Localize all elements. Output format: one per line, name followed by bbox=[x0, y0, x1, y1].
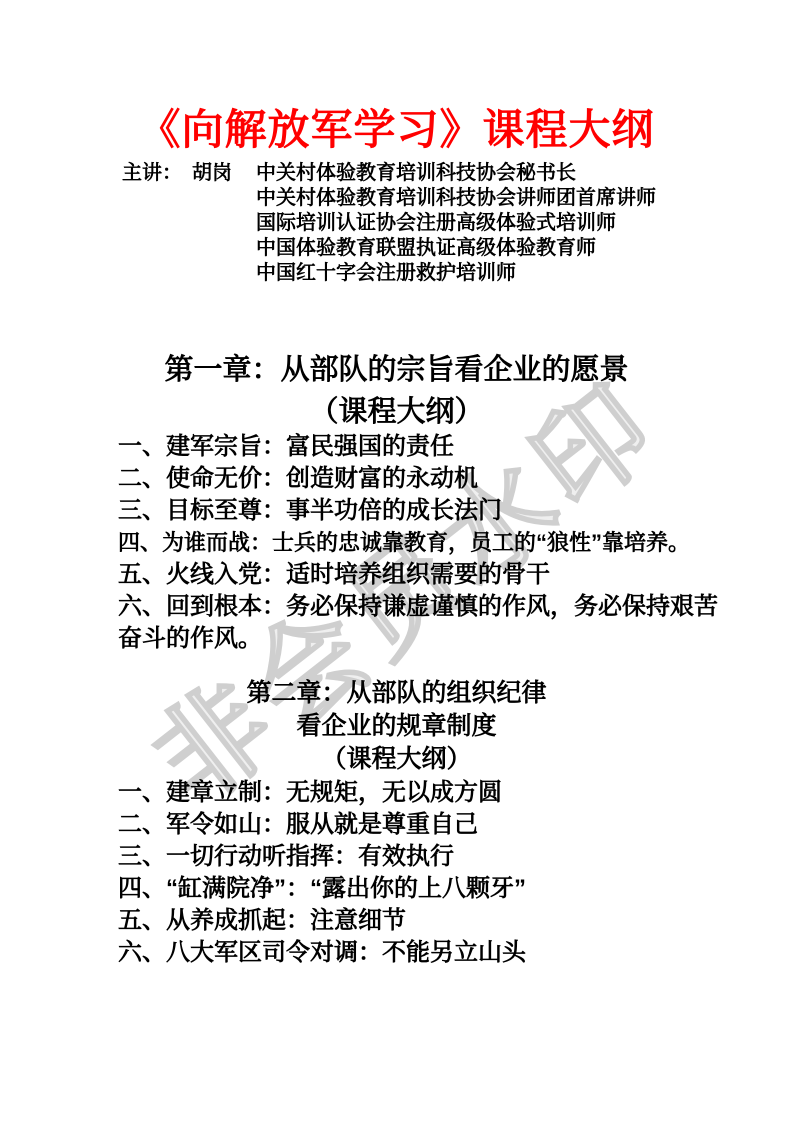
lecturer-label: 主讲： bbox=[122, 161, 182, 186]
chapter1-heading: 第一章：从部队的宗旨看企业的愿景 （课程大纲） bbox=[0, 349, 793, 433]
chapter2-heading-line: 第二章：从部队的组织纪律 bbox=[0, 677, 793, 710]
lecturer-head: 主讲： 胡岗 bbox=[122, 161, 232, 186]
chapter2-heading: 第二章：从部队的组织纪律 看企业的规章制度 （课程大纲） bbox=[0, 677, 793, 776]
outline-item: 一、建章立制：无规矩，无以成方圆 bbox=[118, 777, 724, 809]
chapter2-heading-line: 看企业的规章制度 bbox=[0, 710, 793, 743]
outline-item: 四、“缸满院净”：“露出你的上八颗牙” bbox=[118, 873, 724, 905]
lecturer-credentials: 中关村体验教育培训科技协会秘书长 中关村体验教育培训科技协会讲师团首席讲师 国际… bbox=[256, 161, 656, 286]
outline-item: 五、火线入党：适时培养组织需要的骨干 bbox=[118, 559, 724, 591]
credential-line: 中关村体验教育培训科技协会秘书长 bbox=[256, 161, 656, 186]
chapter1-outline-list: 一、建军宗旨：富民强国的责任 二、使命无价：创造财富的永动机 三、目标至尊：事半… bbox=[118, 431, 724, 655]
outline-item: 六、八大军区司令对调：不能另立山头 bbox=[118, 937, 724, 969]
page-title: 《向解放军学习》课程大纲 bbox=[0, 97, 793, 157]
document-page: 非会员水印 《向解放军学习》课程大纲 主讲： 胡岗 中关村体验教育培训科技协会秘… bbox=[0, 0, 793, 1122]
credential-line: 国际培训认证协会注册高级体验式培训师 bbox=[256, 211, 656, 236]
lecturer-block: 主讲： 胡岗 中关村体验教育培训科技协会秘书长 中关村体验教育培训科技协会讲师团… bbox=[122, 161, 656, 286]
outline-item: 三、目标至尊：事半功倍的成长法门 bbox=[118, 495, 724, 527]
credential-line: 中关村体验教育培训科技协会讲师团首席讲师 bbox=[256, 186, 656, 211]
credential-line: 中国体验教育联盟执证高级体验教育师 bbox=[256, 236, 656, 261]
credential-line: 中国红十字会注册救护培训师 bbox=[256, 261, 656, 286]
outline-item: 四、为谁而战：士兵的忠诚靠教育，员工的“狼性”靠培养。 bbox=[118, 527, 724, 559]
outline-item: 二、军令如山：服从就是尊重自己 bbox=[118, 809, 724, 841]
outline-item: 二、使命无价：创造财富的永动机 bbox=[118, 463, 724, 495]
outline-item: 三、一切行动听指挥：有效执行 bbox=[118, 841, 724, 873]
outline-item: 一、建军宗旨：富民强国的责任 bbox=[118, 431, 724, 463]
chapter1-subheading: （课程大纲） bbox=[0, 391, 793, 433]
outline-item: 五、从养成抓起：注意细节 bbox=[118, 905, 724, 937]
chapter2-outline-list: 一、建章立制：无规矩，无以成方圆 二、军令如山：服从就是尊重自己 三、一切行动听… bbox=[118, 777, 724, 969]
outline-item: 六、回到根本：务必保持谦虚谨慎的作风，务必保持艰苦奋斗的作风。 bbox=[118, 591, 724, 655]
lecturer-name: 胡岗 bbox=[192, 161, 232, 186]
chapter2-subheading: （课程大纲） bbox=[0, 743, 793, 776]
chapter1-heading-line: 第一章：从部队的宗旨看企业的愿景 bbox=[0, 349, 793, 391]
